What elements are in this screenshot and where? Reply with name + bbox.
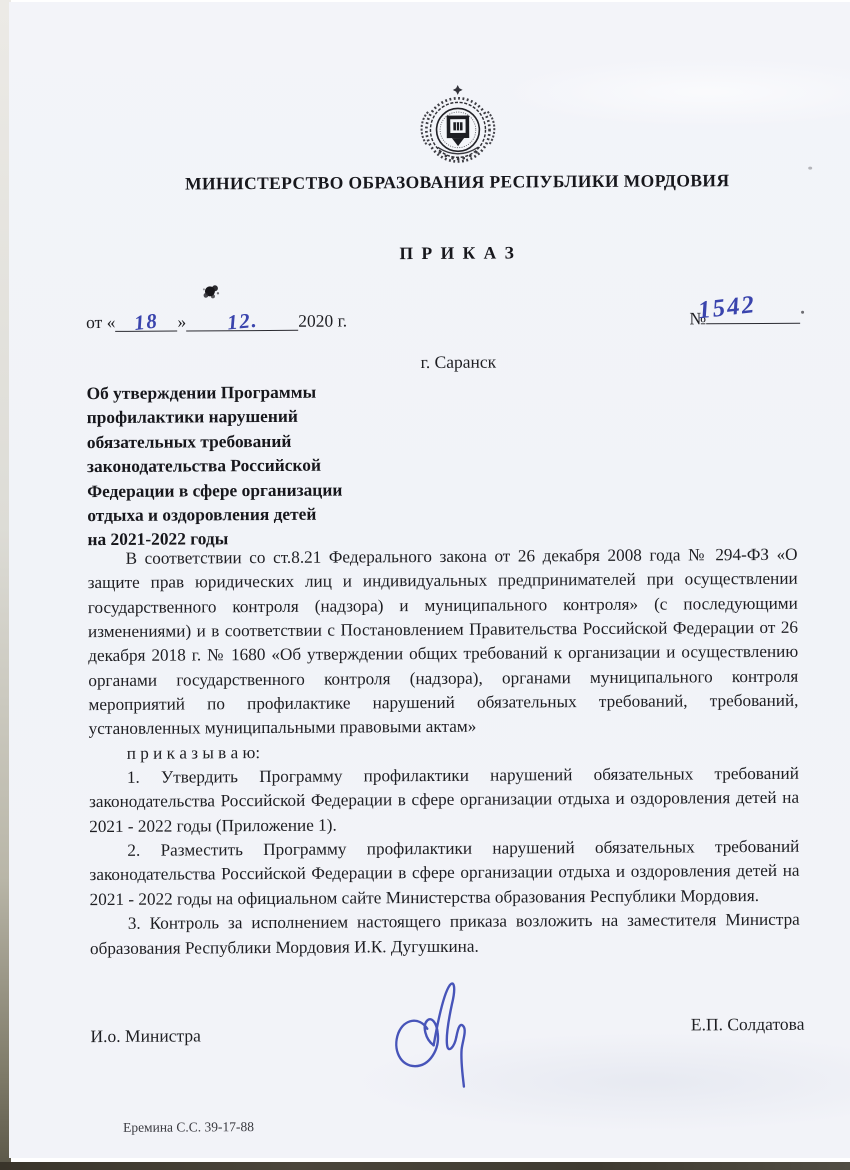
date-year: 2020 г.	[298, 311, 347, 331]
handwritten-day: 18	[133, 308, 160, 336]
executor-footer: Еремина С.С. 39-17-88	[123, 1119, 254, 1136]
ink-blot-icon	[196, 281, 226, 307]
signer-name: Е.П. Солдатова	[691, 1014, 805, 1036]
subject-line: законодательства Российской	[87, 452, 447, 479]
signer-position: И.о. Министра	[90, 1017, 201, 1047]
order-item-2: 2. Разместить Программу профилактики нар…	[89, 835, 799, 912]
document-page: МИНИСТЕРСТВО ОБРАЗОВАНИЯ РЕСПУБЛИКИ МОРД…	[9, 2, 850, 1158]
handwritten-signature-icon	[387, 977, 476, 1094]
scanned-document: МИНИСТЕРСТВО ОБРАЗОВАНИЯ РЕСПУБЛИКИ МОРД…	[0, 0, 850, 1170]
scan-bottom-edge	[0, 1162, 850, 1170]
ministry-title: МИНИСТЕРСТВО ОБРАЗОВАНИЯ РЕСПУБЛИКИ МОРД…	[67, 169, 847, 195]
document-type-title: П Р И К А З	[68, 240, 848, 266]
handwritten-number: 1542	[697, 291, 758, 325]
intro-paragraph: В соответствии со ст.8.21 Федерального з…	[87, 543, 798, 742]
scan-speck	[801, 311, 804, 314]
subject-line: отдыха и оздоровления детей	[87, 501, 447, 528]
date-month-blank: 12.	[186, 308, 298, 332]
date-day-blank: 18	[115, 309, 177, 332]
number-blank: 1542	[706, 301, 800, 325]
scan-speck	[808, 167, 812, 170]
mordovia-coat-of-arms-icon	[405, 83, 512, 170]
order-number-line: №1542	[689, 301, 800, 330]
order-item-3: 3. Контроль за исполнением настоящего пр…	[90, 908, 800, 961]
body-text: В соответствии со ст.8.21 Федерального з…	[87, 543, 800, 961]
order-item-1: 1. Утвердить Программу профилактики нару…	[89, 762, 799, 839]
city-line: г. Саранск	[68, 349, 848, 375]
date-line: от «18»12.2020 г.	[86, 308, 347, 334]
handwritten-month: 12.	[226, 308, 259, 336]
subject-block: Об утверждении Программы профилактики на…	[86, 379, 447, 552]
date-prefix: от «	[86, 312, 115, 332]
subject-line: Об утверждении Программы	[86, 379, 446, 406]
subject-line: профилактики нарушений	[87, 403, 447, 430]
subject-line: Федерации в сфере организации	[87, 477, 447, 504]
date-close-quote: »	[177, 311, 186, 331]
subject-line: обязательных требований	[87, 428, 447, 455]
date-number-row: от «18»12.2020 г. №1542	[86, 301, 800, 333]
